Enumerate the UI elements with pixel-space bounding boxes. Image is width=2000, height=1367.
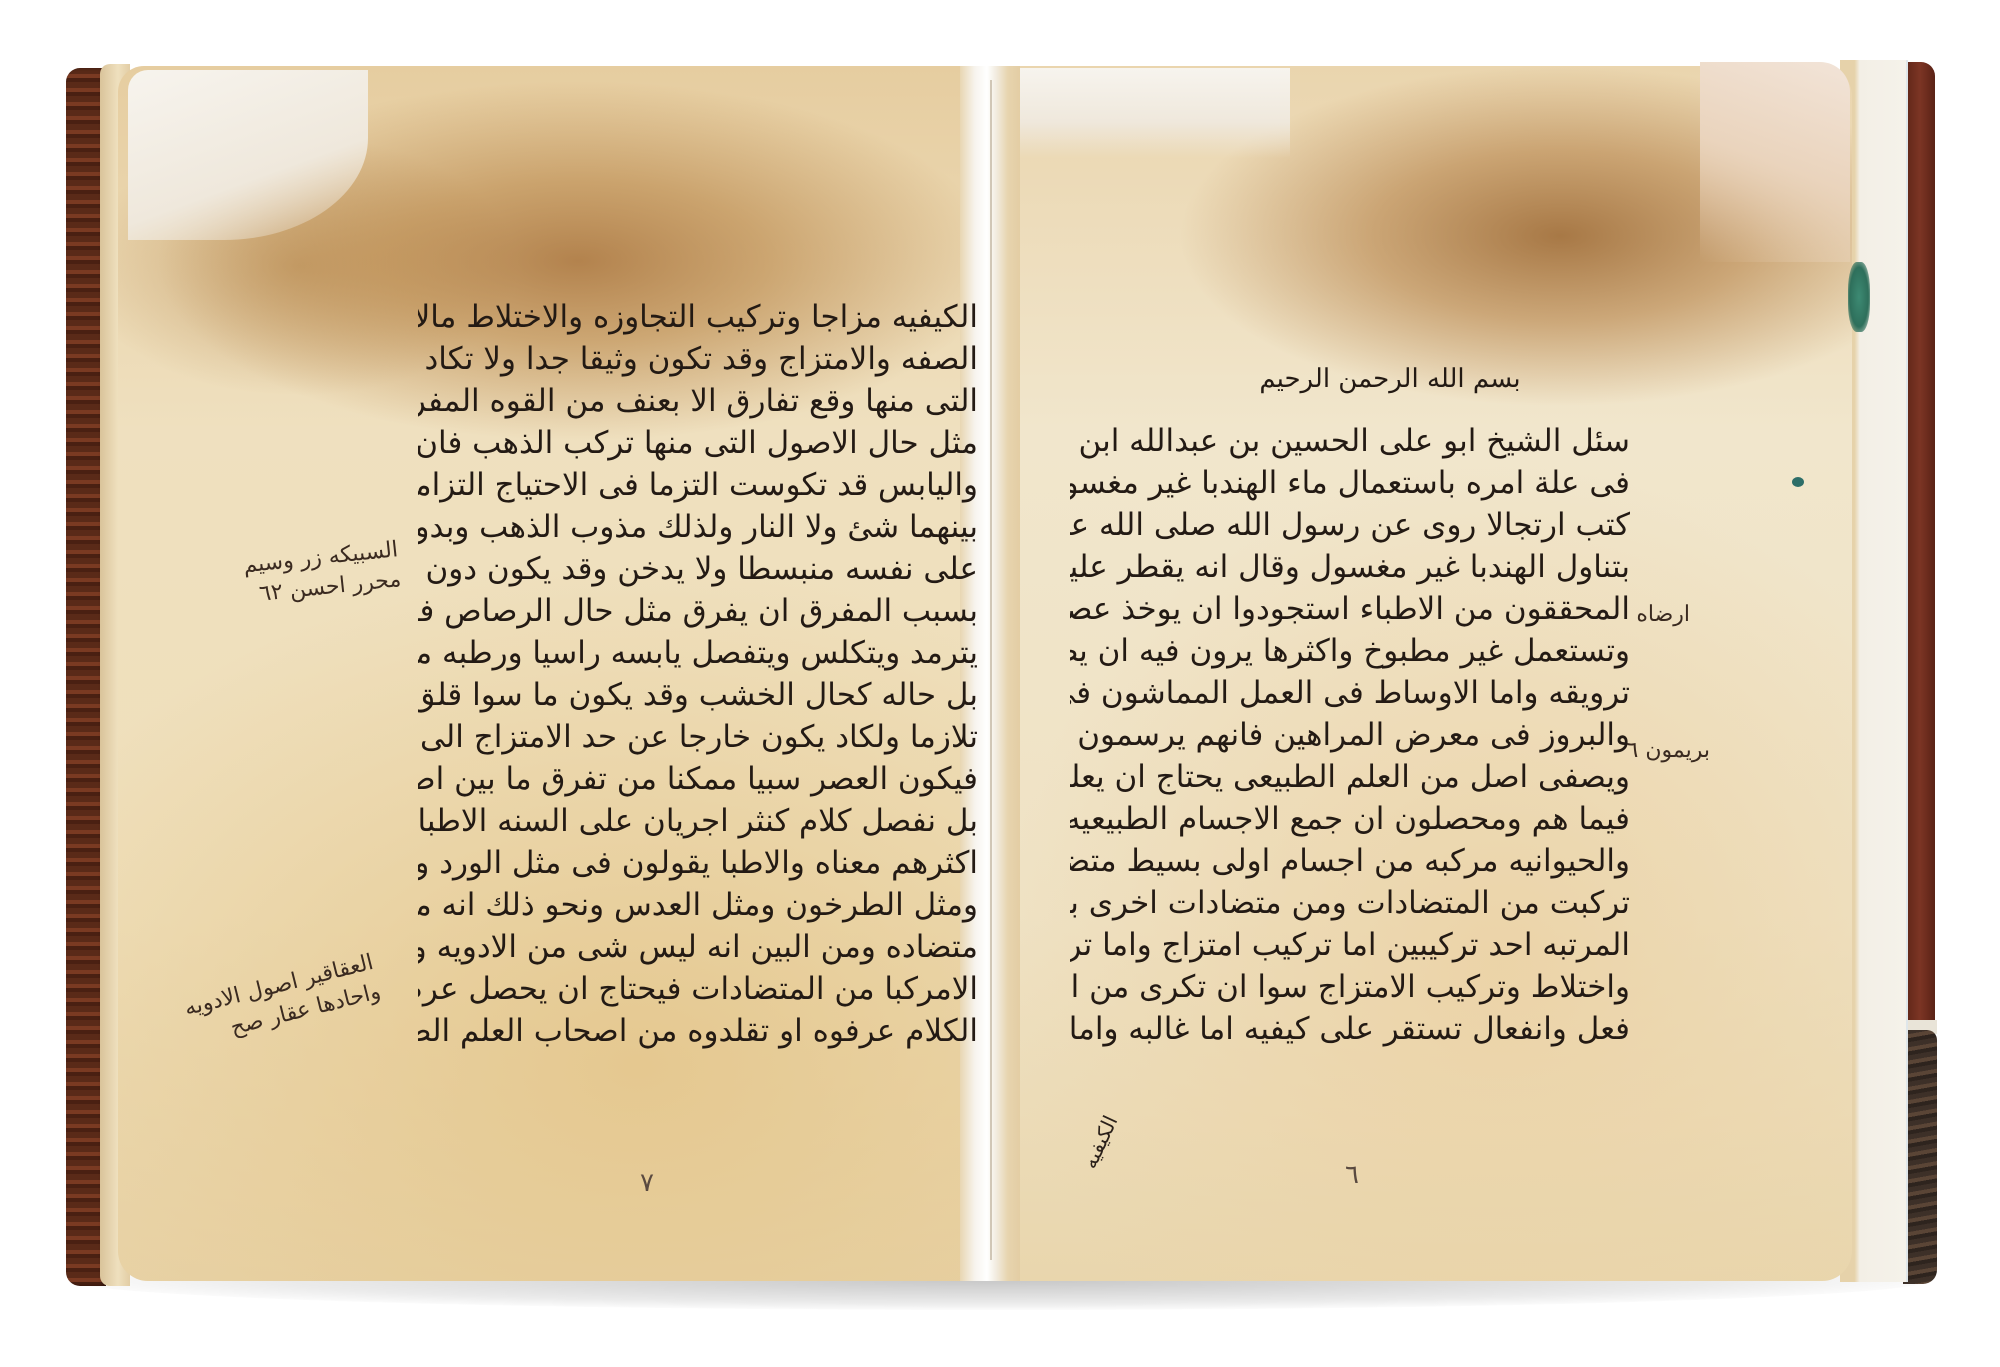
right-binding-worn-section [1903, 1030, 1937, 1284]
text-line: واختلاط وتركيب الامتزاج سوا ان تكرى من ا… [1070, 966, 1630, 1008]
text-line: كتب ارتجالا روى عن رسول الله صلى الله عل… [1070, 504, 1630, 546]
left-page-text-block: الكيفيه مزاجا وتركيب التجاوزه والاختلاط … [418, 296, 978, 1052]
text-line: المرتبه احد تركيبين اما تركيب امتزاج وام… [1070, 924, 1630, 966]
right-page-torn-corner [1700, 62, 1850, 262]
text-line: سئل الشيخ ابو على الحسين بن عبدالله ابن … [1070, 420, 1630, 462]
text-line: التى منها وقع تفارق الا بعنف من القوه ال… [418, 380, 978, 422]
text-line: بل حاله كحال الخشب وقد يكون ما سوا قلق م… [418, 674, 978, 716]
basmala-heading: بسم الله الرحمن الرحيم [1250, 364, 1530, 394]
text-line: والبروز فى معرض المراهين فانهم يرسمون ان… [1070, 714, 1630, 756]
gutter-fold-line [990, 80, 992, 1260]
text-line: بسبب المفرق ان يفرق مثل حال الرصاص فانه … [418, 590, 978, 632]
text-line: فى علة امره باستعمال ماء الهندبا غير مغس… [1070, 462, 1630, 504]
left-folio-number: ٧ [640, 1168, 654, 1198]
text-line: فعل وانفعال تستقر على كيفيه اما غالبه وا… [1070, 1008, 1630, 1050]
text-line: متضاده ومن البين انه ليس شى من الادويه و… [418, 926, 978, 968]
text-line: اكثرهم معناه والاطبا يقولون فى مثل الورد… [418, 842, 978, 884]
ink-spot [1792, 477, 1804, 487]
right-marginal-note-1: ارضاه [1600, 600, 1690, 630]
text-line: بينهما شئ ولا النار ولذلك مذوب الذهب وبد… [418, 506, 978, 548]
text-line: بتناول الهندبا غير مغسول وقال انه يقطر ع… [1070, 546, 1630, 588]
text-line: الصفه والامتزاج وقد تكون وثيقا جدا ولا ت… [418, 338, 978, 380]
text-line: الامركبا من المتضادات فيحتاج ان يحصل عرض… [418, 968, 978, 1010]
text-line: المحققون من الاطباء استجودوا ان يوخذ عصا… [1070, 588, 1630, 630]
text-line: تركبت من المتضادات ومن متضادات اخرى بعده… [1070, 882, 1630, 924]
text-line: وتستعمل غير مطبوخ واكثرها يرون فيه ان يص… [1070, 630, 1630, 672]
text-line: والحيوانيه مركبه من اجسام اولى بسيط متضا… [1070, 840, 1630, 882]
text-line: تلازما ولكاد يكون خارجا عن حد الامتزاج ا… [418, 716, 978, 758]
text-line: واليابس قد تكوست التزما فى الاحتياج التز… [418, 464, 978, 506]
right-folio-number: ٦ [1345, 1160, 1359, 1190]
text-line: ومثل الطرخون ومثل العدس ونحو ذلك انه مرك… [418, 884, 978, 926]
right-page-worn-edge [1010, 68, 1290, 158]
right-marginal-note-2: بريمون ٦ [1590, 736, 1710, 766]
text-line: فيكون العصر سبيا ممكنا من تفرق ما بين اص… [418, 758, 978, 800]
text-line: على نفسه منبسطا ولا يدخن وقد يكون دون ال… [418, 548, 978, 590]
green-thread-bookmark [1848, 262, 1870, 332]
text-line: مثل حال الاصول التى منها تركب الذهب فان … [418, 422, 978, 464]
text-line: يترمد ويتكلس ويتفصل يابسه راسيا ورطبه مت… [418, 632, 978, 674]
text-line: فيما هم ومحصلون ان جمع الاجسام الطبيعيه … [1070, 798, 1630, 840]
text-line: ويصفى اصل من العلم الطبيعى يحتاج ان يعلم… [1070, 756, 1630, 798]
text-line: الكيفيه مزاجا وتركيب التجاوزه والاختلاط … [418, 296, 978, 338]
text-line: الكلام عرفوه او تقلدوه من اصحاب العلم ال… [418, 1010, 978, 1052]
text-line: ترويقه واما الاوساط فى العمل المماشون فى… [1070, 672, 1630, 714]
text-line: بل نفصل كلام كنثر اجريان على السنه الاطب… [418, 800, 978, 842]
right-page-text-block: سئل الشيخ ابو على الحسين بن عبدالله ابن … [1070, 420, 1630, 1050]
